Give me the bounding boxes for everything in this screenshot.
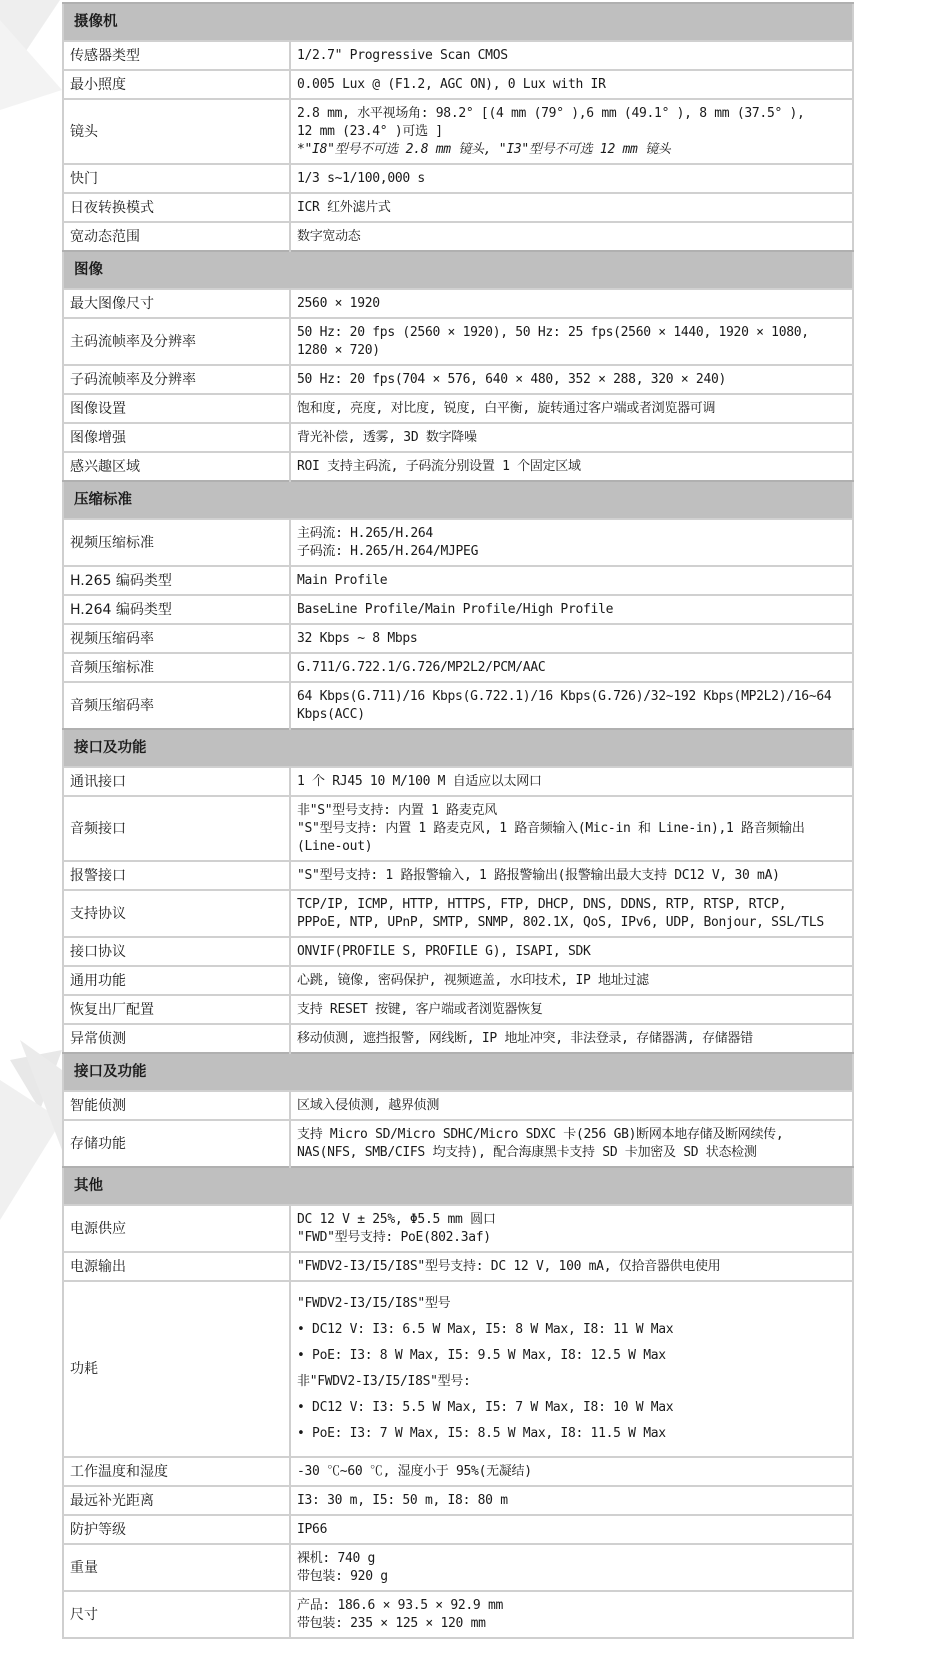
value-line: "FWDV2-I3/I5/I8S"型号 [297,1291,846,1317]
row-value: 背光补偿, 透雾, 3D 数字降噪 [290,423,853,452]
value-line: • DC12 V: I3: 6.5 W Max, I5: 8 W Max, I8… [297,1317,846,1343]
table-row: 传感器类型 1/2.7" Progressive Scan CMOS [63,41,853,70]
value-line: "FWDV2-I3/I5/I8S"型号支持: DC 12 V, 100 mA, … [297,1258,846,1276]
table-row: 宽动态范围 数字宽动态 [63,222,853,251]
row-value: 心跳, 镜像, 密码保护, 视频遮盖, 水印技术, IP 地址过滤 [290,966,853,995]
section-title: 其他 [63,1167,853,1205]
value-line: 1280 × 720) [297,342,846,360]
value-line: (Line-out) [297,838,846,856]
row-label: 视频压缩标准 [63,519,290,566]
table-row: 最远补光距离 I3: 30 m, I5: 50 m, I8: 80 m [63,1486,853,1515]
value-line: 产品: 186.6 × 93.5 × 92.9 mm [297,1597,846,1615]
section-header-smart-functions: 接口及功能 [63,1053,853,1091]
table-row: 支持协议 TCP/IP, ICMP, HTTP, HTTPS, FTP, DHC… [63,890,853,937]
value-line: ONVIF(PROFILE S, PROFILE G), ISAPI, SDK [297,943,846,961]
row-label: 智能侦测 [63,1091,290,1120]
row-label: 音频压缩码率 [63,682,290,729]
value-line: 移动侦测, 遮挡报警, 网线断, IP 地址冲突, 非法登录, 存储器满, 存储… [297,1030,846,1048]
value-line: • DC12 V: I3: 5.5 W Max, I5: 7 W Max, I8… [297,1395,846,1421]
row-value: 2560 × 1920 [290,289,853,318]
value-line: 带包装: 235 × 125 × 120 mm [297,1615,846,1633]
row-value: I3: 30 m, I5: 50 m, I8: 80 m [290,1486,853,1515]
row-value: DC 12 V ± 25%, Φ5.5 mm 圆口 "FWD"型号支持: PoE… [290,1205,853,1252]
table-row: 电源输出 "FWDV2-I3/I5/I8S"型号支持: DC 12 V, 100… [63,1252,853,1281]
value-line: 非"FWDV2-I3/I5/I8S"型号: [297,1369,846,1395]
table-row: 恢复出厂配置 支持 RESET 按键, 客户端或者浏览器恢复 [63,995,853,1024]
section-title: 接口及功能 [63,1053,853,1091]
row-label: 电源供应 [63,1205,290,1252]
table-row: 接口协议 ONVIF(PROFILE S, PROFILE G), ISAPI,… [63,937,853,966]
value-line: ICR 红外滤片式 [297,199,846,217]
value-line: 非"S"型号支持: 内置 1 路麦克风 [297,802,846,820]
row-value: 区域入侵侦测, 越界侦测 [290,1091,853,1120]
table-row: 智能侦测 区域入侵侦测, 越界侦测 [63,1091,853,1120]
row-label: 接口协议 [63,937,290,966]
row-value: ONVIF(PROFILE S, PROFILE G), ISAPI, SDK [290,937,853,966]
row-label: 宽动态范围 [63,222,290,251]
spec-table: 摄像机 传感器类型 1/2.7" Progressive Scan CMOS 最… [62,2,854,1639]
row-value: 支持 Micro SD/Micro SDHC/Micro SDXC 卡(256 … [290,1120,853,1167]
row-label: 快门 [63,164,290,193]
value-line: 裸机: 740 g [297,1550,846,1568]
value-line: 32 Kbps ~ 8 Mbps [297,630,846,648]
row-label: 镜头 [63,99,290,164]
table-row: 图像设置 饱和度, 亮度, 对比度, 锐度, 白平衡, 旋转通过客户端或者浏览器… [63,394,853,423]
value-line: 2560 × 1920 [297,295,846,313]
row-value: 主码流: H.265/H.264 子码流: H.265/H.264/MJPEG [290,519,853,566]
value-line: 数字宽动态 [297,228,846,246]
row-label: 音频压缩标准 [63,653,290,682]
value-line: 50 Hz: 20 fps (2560 × 1920), 50 Hz: 25 f… [297,324,846,342]
row-value: IP66 [290,1515,853,1544]
row-value: ROI 支持主码流, 子码流分别设置 1 个固定区域 [290,452,853,481]
row-label: 最大图像尺寸 [63,289,290,318]
row-label: 最小照度 [63,70,290,99]
row-label: 防护等级 [63,1515,290,1544]
row-label: 恢复出厂配置 [63,995,290,1024]
table-row: 电源供应 DC 12 V ± 25%, Φ5.5 mm 圆口 "FWD"型号支持… [63,1205,853,1252]
value-line: 子码流: H.265/H.264/MJPEG [297,543,846,561]
value-line: DC 12 V ± 25%, Φ5.5 mm 圆口 [297,1211,846,1229]
row-label: 图像增强 [63,423,290,452]
table-row: 音频压缩标准 G.711/G.722.1/G.726/MP2L2/PCM/AAC [63,653,853,682]
value-line: 1 个 RJ45 10 M/100 M 自适应以太网口 [297,773,846,791]
table-row: 工作温度和湿度 -30 ℃~60 ℃, 湿度小于 95%(无凝结) [63,1457,853,1486]
row-value: TCP/IP, ICMP, HTTP, HTTPS, FTP, DHCP, DN… [290,890,853,937]
row-value: 1/2.7" Progressive Scan CMOS [290,41,853,70]
row-value: BaseLine Profile/Main Profile/High Profi… [290,595,853,624]
row-value: -30 ℃~60 ℃, 湿度小于 95%(无凝结) [290,1457,853,1486]
section-header-camera: 摄像机 [63,3,853,41]
value-line: 1/3 s~1/100,000 s [297,170,846,188]
value-line: 区域入侵侦测, 越界侦测 [297,1097,846,1115]
value-line: 2.8 mm, 水平视场角: 98.2° [(4 mm (79° ),6 mm … [297,105,846,123]
row-value: G.711/G.722.1/G.726/MP2L2/PCM/AAC [290,653,853,682]
row-label: 子码流帧率及分辨率 [63,365,290,394]
table-row: 重量 裸机: 740 g 带包装: 920 g [63,1544,853,1591]
table-row: 通用功能 心跳, 镜像, 密码保护, 视频遮盖, 水印技术, IP 地址过滤 [63,966,853,995]
value-line: 12 mm (23.4° )可选 ] [297,123,846,141]
row-value: 2.8 mm, 水平视场角: 98.2° [(4 mm (79° ),6 mm … [290,99,853,164]
value-line: 0.005 Lux @ (F1.2, AGC ON), 0 Lux with I… [297,76,846,94]
value-line: 支持 Micro SD/Micro SDHC/Micro SDXC 卡(256 … [297,1126,846,1144]
section-title: 接口及功能 [63,729,853,767]
value-line: "S"型号支持: 内置 1 路麦克风, 1 路音频输入(Mic-in 和 Lin… [297,820,846,838]
row-value: 饱和度, 亮度, 对比度, 锐度, 白平衡, 旋转通过客户端或者浏览器可调 [290,394,853,423]
table-row: 感兴趣区域 ROI 支持主码流, 子码流分别设置 1 个固定区域 [63,452,853,481]
row-value: "S"型号支持: 1 路报警输入, 1 路报警输出(报警输出最大支持 DC12 … [290,861,853,890]
row-value: 32 Kbps ~ 8 Mbps [290,624,853,653]
table-row: H.264 编码类型 BaseLine Profile/Main Profile… [63,595,853,624]
row-label: 电源输出 [63,1252,290,1281]
row-label: 尺寸 [63,1591,290,1638]
row-value: 1/3 s~1/100,000 s [290,164,853,193]
value-line: Main Profile [297,572,846,590]
value-line: 1/2.7" Progressive Scan CMOS [297,47,846,65]
row-value: 支持 RESET 按键, 客户端或者浏览器恢复 [290,995,853,1024]
value-line: PPPoE, NTP, UPnP, SMTP, SNMP, 802.1X, Qo… [297,914,846,932]
value-line: ROI 支持主码流, 子码流分别设置 1 个固定区域 [297,458,846,476]
row-value: 裸机: 740 g 带包装: 920 g [290,1544,853,1591]
table-row: 子码流帧率及分辨率 50 Hz: 20 fps(704 × 576, 640 ×… [63,365,853,394]
value-line: "FWD"型号支持: PoE(802.3af) [297,1229,846,1247]
section-header-image: 图像 [63,251,853,289]
table-row: 镜头 2.8 mm, 水平视场角: 98.2° [(4 mm (79° ),6 … [63,99,853,164]
value-line: 饱和度, 亮度, 对比度, 锐度, 白平衡, 旋转通过客户端或者浏览器可调 [297,400,846,418]
row-label: 传感器类型 [63,41,290,70]
row-label: 通讯接口 [63,767,290,796]
row-label: 最远补光距离 [63,1486,290,1515]
row-label: 重量 [63,1544,290,1591]
value-line: TCP/IP, ICMP, HTTP, HTTPS, FTP, DHCP, DN… [297,896,846,914]
row-label: H.265 编码类型 [63,566,290,595]
row-label: 支持协议 [63,890,290,937]
value-line: 50 Hz: 20 fps(704 × 576, 640 × 480, 352 … [297,371,846,389]
table-row: 主码流帧率及分辨率 50 Hz: 20 fps (2560 × 1920), 5… [63,318,853,365]
section-header-compression: 压缩标准 [63,481,853,519]
row-value: "FWDV2-I3/I5/I8S"型号支持: DC 12 V, 100 mA, … [290,1252,853,1281]
row-value: 64 Kbps(G.711)/16 Kbps(G.722.1)/16 Kbps(… [290,682,853,729]
table-row: 视频压缩标准 主码流: H.265/H.264 子码流: H.265/H.264… [63,519,853,566]
table-row: 通讯接口 1 个 RJ45 10 M/100 M 自适应以太网口 [63,767,853,796]
row-value: 非"S"型号支持: 内置 1 路麦克风 "S"型号支持: 内置 1 路麦克风, … [290,796,853,861]
table-row: 音频接口 非"S"型号支持: 内置 1 路麦克风 "S"型号支持: 内置 1 路… [63,796,853,861]
table-row: 最小照度 0.005 Lux @ (F1.2, AGC ON), 0 Lux w… [63,70,853,99]
row-value: 50 Hz: 20 fps(704 × 576, 640 × 480, 352 … [290,365,853,394]
value-line: -30 ℃~60 ℃, 湿度小于 95%(无凝结) [297,1463,846,1481]
row-label: 感兴趣区域 [63,452,290,481]
value-line: "S"型号支持: 1 路报警输入, 1 路报警输出(报警输出最大支持 DC12 … [297,867,846,885]
row-value: ICR 红外滤片式 [290,193,853,222]
lens-note: *"I8"型号不可选 2.8 mm 镜头, "I3"型号不可选 12 mm 镜头 [297,141,846,159]
row-label: 日夜转换模式 [63,193,290,222]
row-value: 0.005 Lux @ (F1.2, AGC ON), 0 Lux with I… [290,70,853,99]
section-header-other: 其他 [63,1167,853,1205]
table-row: 尺寸 产品: 186.6 × 93.5 × 92.9 mm 带包装: 235 ×… [63,1591,853,1638]
table-row: H.265 编码类型 Main Profile [63,566,853,595]
row-label: 音频接口 [63,796,290,861]
table-row: 异常侦测 移动侦测, 遮挡报警, 网线断, IP 地址冲突, 非法登录, 存储器… [63,1024,853,1053]
value-line: 心跳, 镜像, 密码保护, 视频遮盖, 水印技术, IP 地址过滤 [297,972,846,990]
table-row: 日夜转换模式 ICR 红外滤片式 [63,193,853,222]
row-label: 通用功能 [63,966,290,995]
row-label: 视频压缩码率 [63,624,290,653]
row-value: Main Profile [290,566,853,595]
value-line: G.711/G.722.1/G.726/MP2L2/PCM/AAC [297,659,846,677]
section-title: 图像 [63,251,853,289]
value-line: 主码流: H.265/H.264 [297,525,846,543]
table-row: 功耗 "FWDV2-I3/I5/I8S"型号 • DC12 V: I3: 6.5… [63,1281,853,1457]
row-value: 1 个 RJ45 10 M/100 M 自适应以太网口 [290,767,853,796]
section-header-interfaces: 接口及功能 [63,729,853,767]
row-label: H.264 编码类型 [63,595,290,624]
value-line: BaseLine Profile/Main Profile/High Profi… [297,601,846,619]
table-row: 快门 1/3 s~1/100,000 s [63,164,853,193]
table-row: 防护等级 IP66 [63,1515,853,1544]
row-label: 异常侦测 [63,1024,290,1053]
value-line: I3: 30 m, I5: 50 m, I8: 80 m [297,1492,846,1510]
section-title: 压缩标准 [63,481,853,519]
row-label: 图像设置 [63,394,290,423]
table-row: 最大图像尺寸 2560 × 1920 [63,289,853,318]
section-title: 摄像机 [63,3,853,41]
table-row: 视频压缩码率 32 Kbps ~ 8 Mbps [63,624,853,653]
row-label: 功耗 [63,1281,290,1457]
value-line: IP66 [297,1521,846,1539]
value-line: • PoE: I3: 8 W Max, I5: 9.5 W Max, I8: 1… [297,1343,846,1369]
table-row: 存储功能 支持 Micro SD/Micro SDHC/Micro SDXC 卡… [63,1120,853,1167]
row-label: 存储功能 [63,1120,290,1167]
value-line: NAS(NFS, SMB/CIFS 均支持), 配合海康黑卡支持 SD 卡加密及… [297,1144,846,1162]
row-value: 50 Hz: 20 fps (2560 × 1920), 50 Hz: 25 f… [290,318,853,365]
row-value: "FWDV2-I3/I5/I8S"型号 • DC12 V: I3: 6.5 W … [290,1281,853,1457]
row-label: 报警接口 [63,861,290,890]
value-line: 带包装: 920 g [297,1568,846,1586]
table-row: 音频压缩码率 64 Kbps(G.711)/16 Kbps(G.722.1)/1… [63,682,853,729]
table-row: 报警接口 "S"型号支持: 1 路报警输入, 1 路报警输出(报警输出最大支持 … [63,861,853,890]
table-row: 图像增强 背光补偿, 透雾, 3D 数字降噪 [63,423,853,452]
row-value: 产品: 186.6 × 93.5 × 92.9 mm 带包装: 235 × 12… [290,1591,853,1638]
value-line: 背光补偿, 透雾, 3D 数字降噪 [297,429,846,447]
value-line: • PoE: I3: 7 W Max, I5: 8.5 W Max, I8: 1… [297,1421,846,1447]
row-value: 移动侦测, 遮挡报警, 网线断, IP 地址冲突, 非法登录, 存储器满, 存储… [290,1024,853,1053]
row-label: 工作温度和湿度 [63,1457,290,1486]
value-line: 64 Kbps(G.711)/16 Kbps(G.722.1)/16 Kbps(… [297,688,846,706]
row-value: 数字宽动态 [290,222,853,251]
value-line: 支持 RESET 按键, 客户端或者浏览器恢复 [297,1001,846,1019]
value-line: Kbps(ACC) [297,706,846,724]
row-label: 主码流帧率及分辨率 [63,318,290,365]
